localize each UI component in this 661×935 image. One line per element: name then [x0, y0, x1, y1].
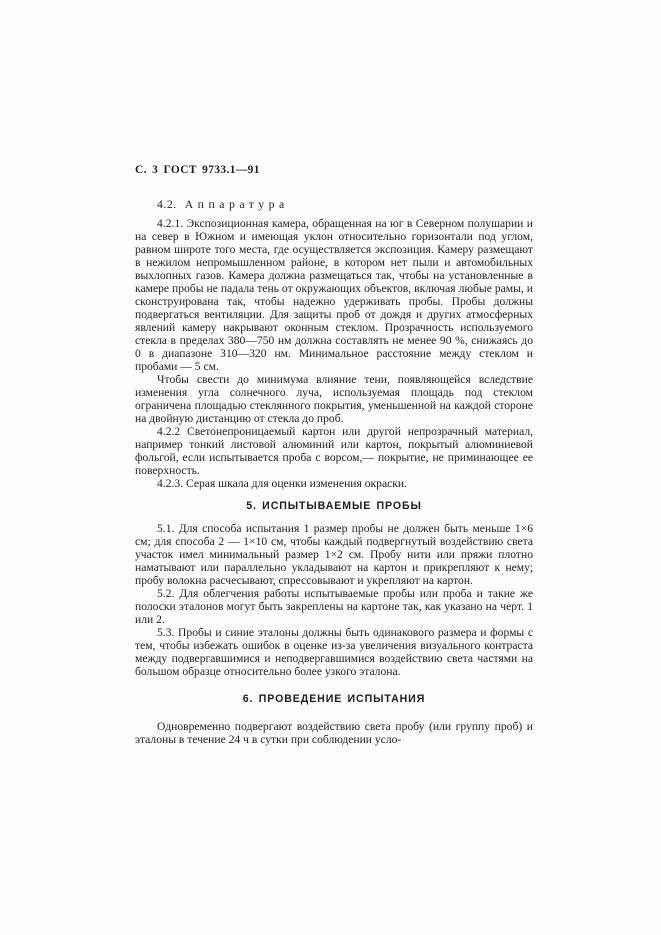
paragraph-4-2-1: 4.2.1. Экспозиционная камера, обращенная…: [135, 217, 533, 373]
running-header: С. 3 ГОСТ 9733.1—91: [135, 164, 533, 177]
paragraph-shadow-note: Чтобы свести до минимума влияние тени, п…: [135, 373, 533, 425]
subsection-heading-apparatus: 4.2. Аппаратура: [135, 198, 533, 211]
paragraph-5-1: 5.1. Для способа испытания 1 размер проб…: [135, 522, 533, 587]
subsection-title: Аппаратура: [185, 197, 289, 211]
page-text-block: С. 3 ГОСТ 9733.1—91 4.2. Аппаратура 4.2.…: [135, 164, 533, 746]
section-5-heading: 5. ИСПЫТЫВАЕМЫЕ ПРОБЫ: [135, 500, 533, 513]
paragraph-5-3: 5.3. Пробы и синие эталоны должны быть о…: [135, 626, 533, 678]
paragraph-5-2: 5.2. Для облегчения работы испытываемые …: [135, 587, 533, 626]
paragraph-4-2-3: 4.2.3. Серая шкала для оценки изменения …: [135, 477, 533, 490]
section-6-heading: 6. ПРОВЕДЕНИЕ ИСПЫТАНИЯ: [135, 693, 533, 706]
subsection-number: 4.2.: [157, 197, 177, 211]
paragraph-4-2-2: 4.2.2 Светонепроницаемый картон или друг…: [135, 425, 533, 477]
paragraph-6-intro: Одновременно подвергают воздействию свет…: [135, 720, 533, 746]
scanned-gost-page: { "page": { "running_header": "С. 3 ГОСТ…: [0, 0, 661, 935]
